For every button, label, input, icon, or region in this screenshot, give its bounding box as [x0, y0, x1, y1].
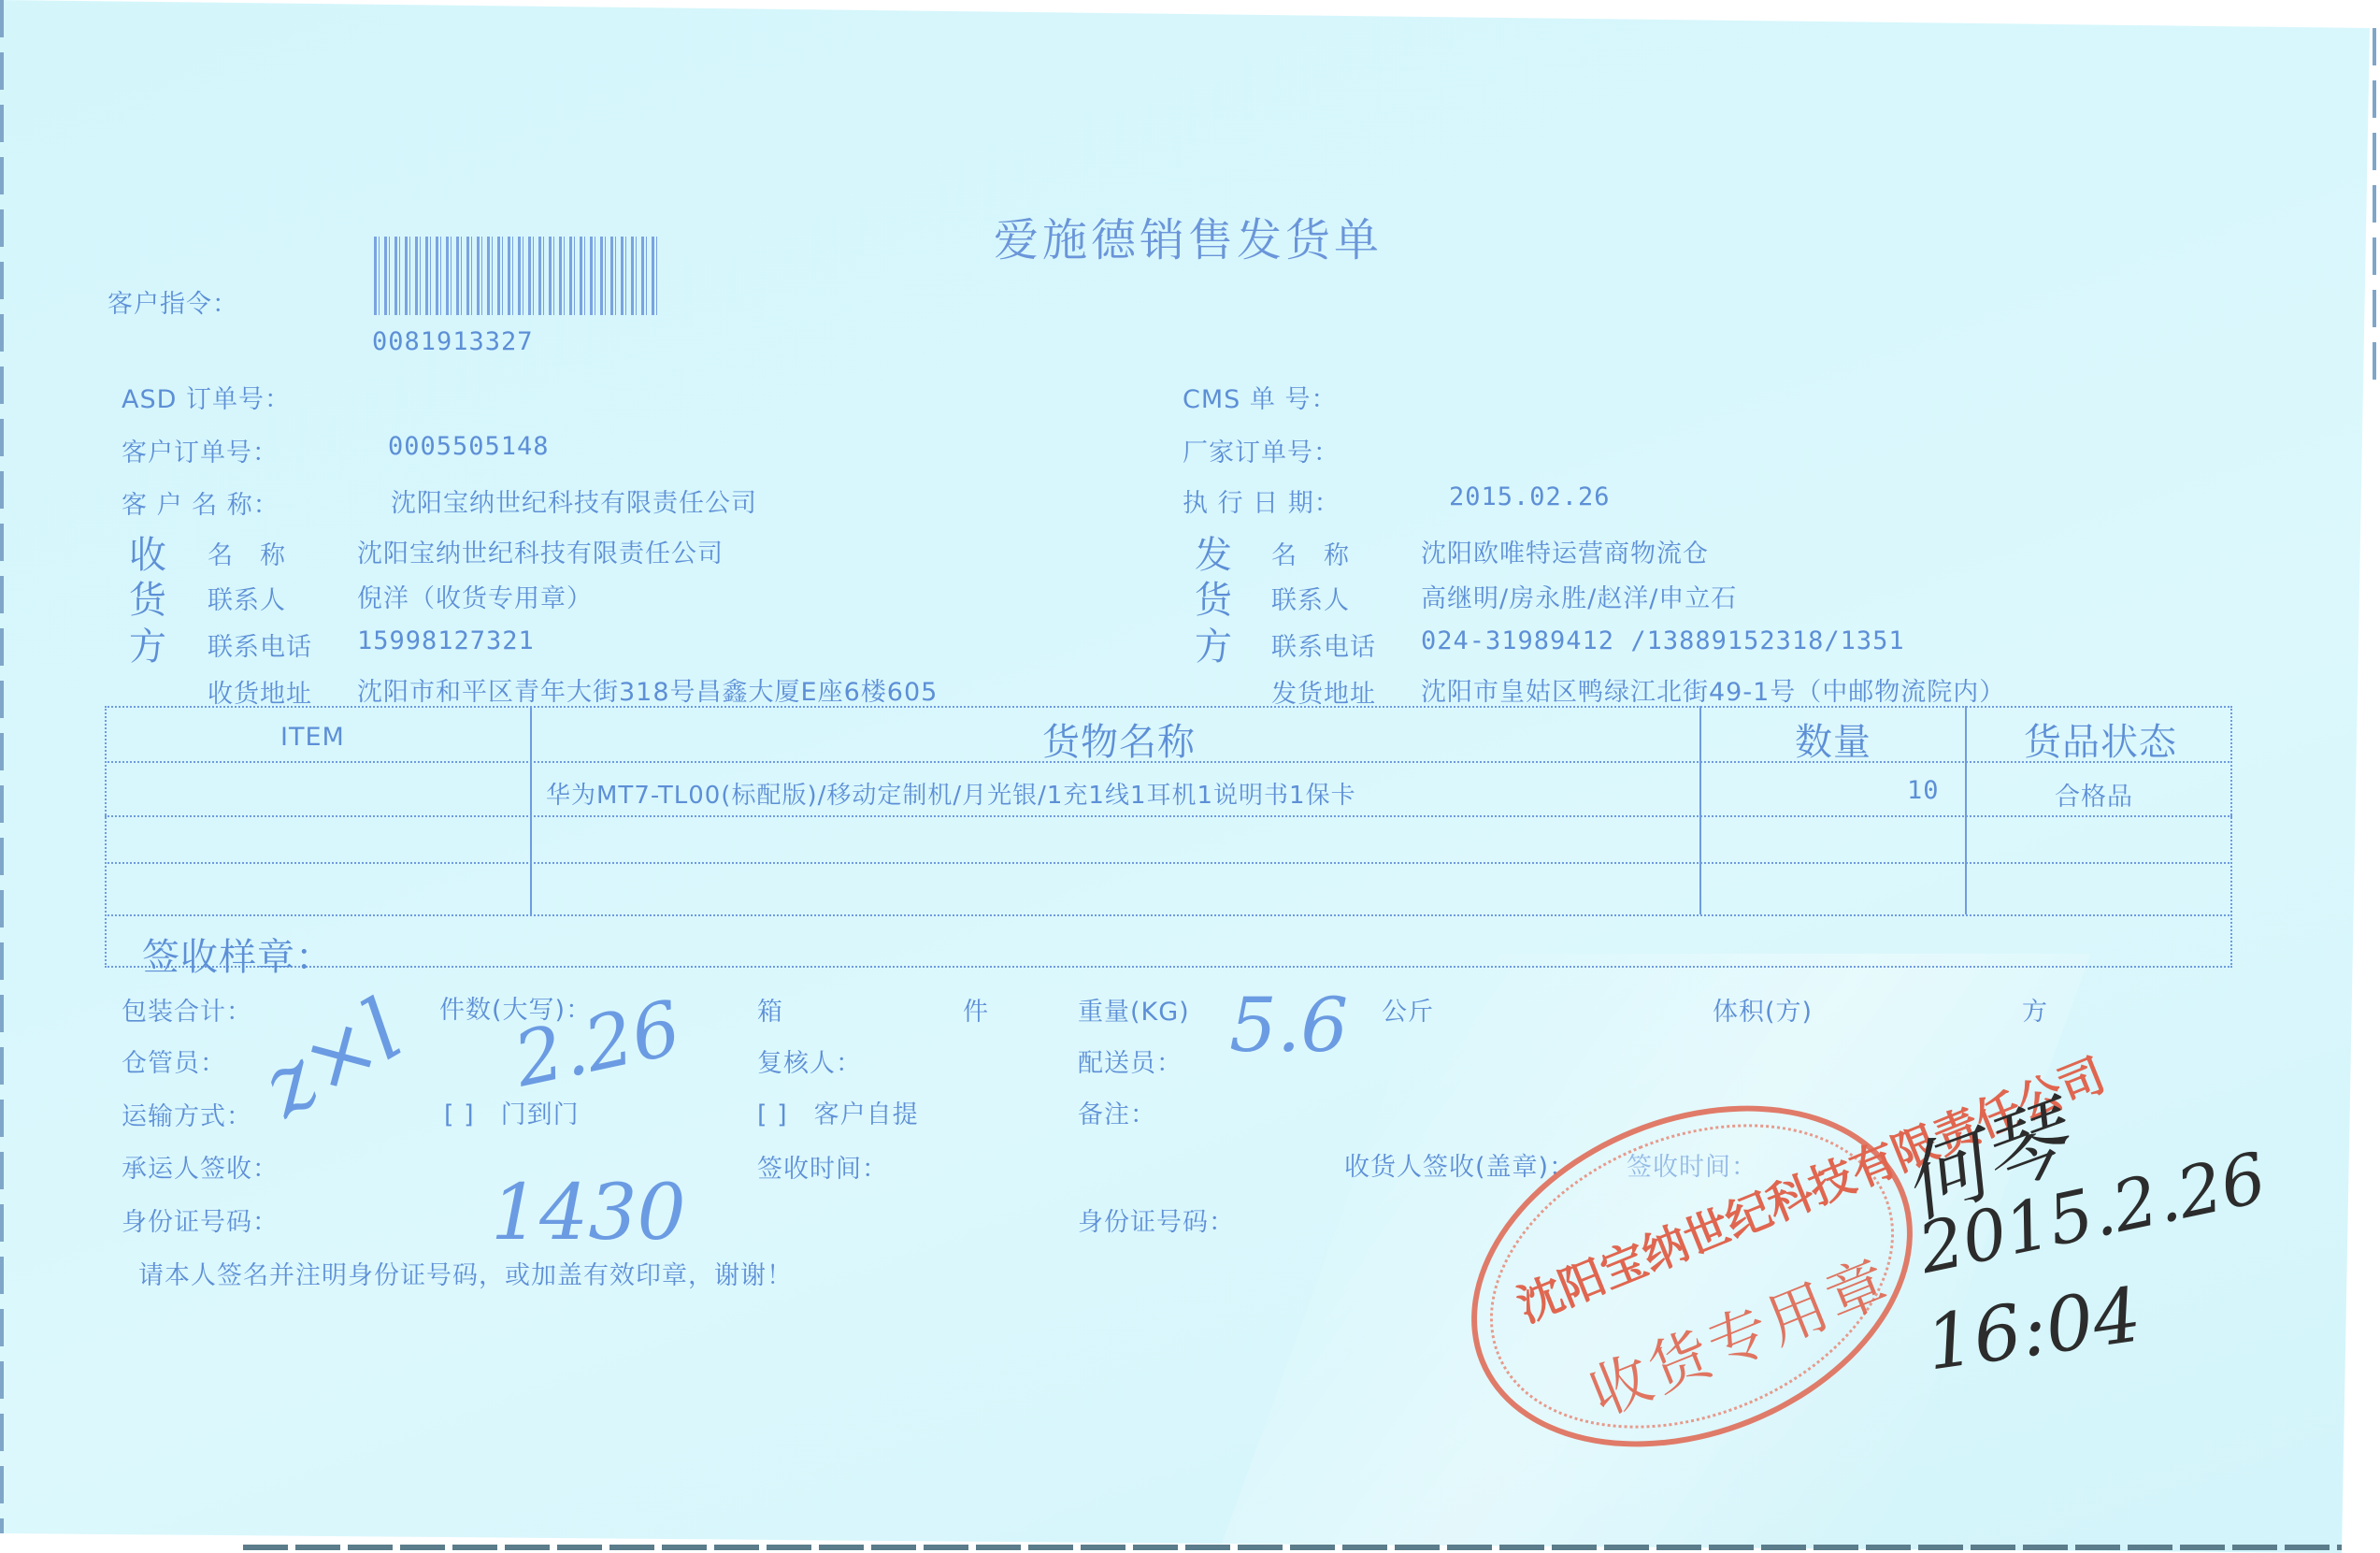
- delivery-person-label: 配送员：: [1078, 1043, 1183, 1079]
- customer-instruction-label: 客户指令：: [108, 283, 238, 320]
- sender-name-value: 沈阳欧唯特运营商物流仓: [1421, 533, 1709, 569]
- receiver-sign-label: 收货人签收(盖章)：: [1344, 1146, 1575, 1183]
- id-number-label-right: 身份证号码：: [1078, 1201, 1235, 1238]
- id-number-label: 身份证号码：: [122, 1201, 279, 1238]
- box-label: 箱: [757, 991, 783, 1028]
- table-column-divider: [1699, 706, 1701, 914]
- exec-date-value: 2015.02.26: [1449, 482, 1611, 511]
- receiver-contact-label: 联系人: [208, 580, 286, 616]
- quantity-cell: 10: [1907, 776, 1940, 805]
- customer-name-label: 客 户 名 称：: [122, 484, 280, 521]
- sign-sample-label: 签收样章：: [142, 927, 334, 981]
- receiver-phone-label: 联系电话: [208, 626, 312, 663]
- table-divider: [105, 862, 2232, 864]
- table-divider: [105, 914, 2232, 916]
- column-header-quantity: 数量: [1795, 712, 1871, 766]
- package-total-label: 包装合计：: [122, 991, 252, 1028]
- signature-note: 请本人签名并注明身份证号码，或加盖有效印章，谢谢！: [138, 1255, 793, 1291]
- sender-contact-value: 高继明/房永胜/赵洋/申立石: [1421, 578, 1737, 614]
- column-header-item: ITEM: [280, 723, 345, 752]
- sender-side-char-3: 方: [1195, 617, 1233, 670]
- receiver-address-value: 沈阳市和平区青年大街318号昌鑫大厦E座6楼605: [357, 671, 938, 708]
- handwritten-id: 1430: [491, 1169, 686, 1258]
- goods-name-cell: 华为MT7-TL00(标配版)/移动定制机/月光银/1充1线1耳机1说明书1保卡: [546, 776, 1356, 811]
- customer-order-value: 0005505148: [388, 432, 550, 461]
- sender-phone-label: 联系电话: [1271, 626, 1376, 663]
- weight-unit: 公斤: [1382, 991, 1434, 1028]
- sender-name-label: 名 称: [1271, 535, 1350, 571]
- table-divider: [105, 815, 2232, 817]
- volume-unit: 方: [2022, 991, 2048, 1028]
- exec-date-label: 执 行 日 期：: [1183, 482, 1341, 519]
- vendor-order-label: 厂家订单号：: [1183, 432, 1340, 468]
- receiver-side-char-3: 方: [129, 617, 167, 670]
- status-cell: 合格品: [2055, 776, 2133, 812]
- customer-pickup-checkbox[interactable]: [ ] 客户自提: [757, 1094, 919, 1130]
- customer-name-value: 沈阳宝纳世纪科技有限责任公司: [391, 482, 757, 519]
- asd-order-label: ASD 订单号：: [122, 379, 291, 415]
- perforation-bottom: [243, 1545, 2342, 1550]
- warehouse-keeper-label: 仓管员：: [122, 1043, 226, 1079]
- handwritten-weight: 5.6: [1229, 982, 1348, 1069]
- carrier-sign-label: 承运人签收：: [122, 1148, 279, 1185]
- column-header-goods-name: 货物名称: [1042, 712, 1196, 766]
- customer-order-label: 客户订单号：: [122, 432, 279, 468]
- receiver-name-value: 沈阳宝纳世纪科技有限责任公司: [357, 533, 724, 569]
- table-column-divider: [1965, 706, 1967, 914]
- sign-time-label: 签收时间：: [757, 1148, 888, 1185]
- perforation-right: [2373, 28, 2376, 383]
- weight-label: 重量(KG): [1078, 991, 1190, 1028]
- cms-label: CMS 单 号：: [1183, 379, 1337, 415]
- sender-contact-label: 联系人: [1271, 580, 1350, 616]
- sender-side-char-2: 货: [1195, 570, 1233, 624]
- receiver-name-label: 名 称: [208, 535, 286, 571]
- door-to-door-checkbox[interactable]: [ ] 门到门: [444, 1094, 580, 1130]
- perforation-left: [0, 0, 4, 1533]
- receiver-contact-value: 倪洋（收货专用章）: [357, 578, 593, 614]
- barcode-number: 0081913327: [372, 327, 534, 356]
- document-title: 爱施德销售发货单: [994, 204, 1383, 268]
- piece-label: 件: [963, 991, 989, 1028]
- sender-address-label: 发货地址: [1271, 673, 1376, 710]
- barcode-icon: [374, 237, 659, 315]
- receiver-address-label: 收货地址: [208, 673, 312, 710]
- transport-method-label: 运输方式：: [122, 1096, 252, 1132]
- receiver-phone-value: 15998127321: [357, 626, 535, 655]
- sender-phone-value: 024-31989412 /13889152318/1351: [1421, 626, 1905, 655]
- sender-address-value: 沈阳市皇姑区鸭绿江北街49-1号（中邮物流院内）: [1421, 671, 2005, 708]
- table-column-divider: [530, 706, 532, 914]
- column-header-status: 货品状态: [2024, 712, 2177, 766]
- volume-label: 体积(方): [1713, 991, 1813, 1028]
- remark-label: 备注：: [1078, 1094, 1156, 1130]
- receiver-side-char-2: 货: [129, 570, 167, 624]
- checker-label: 复核人：: [757, 1043, 862, 1079]
